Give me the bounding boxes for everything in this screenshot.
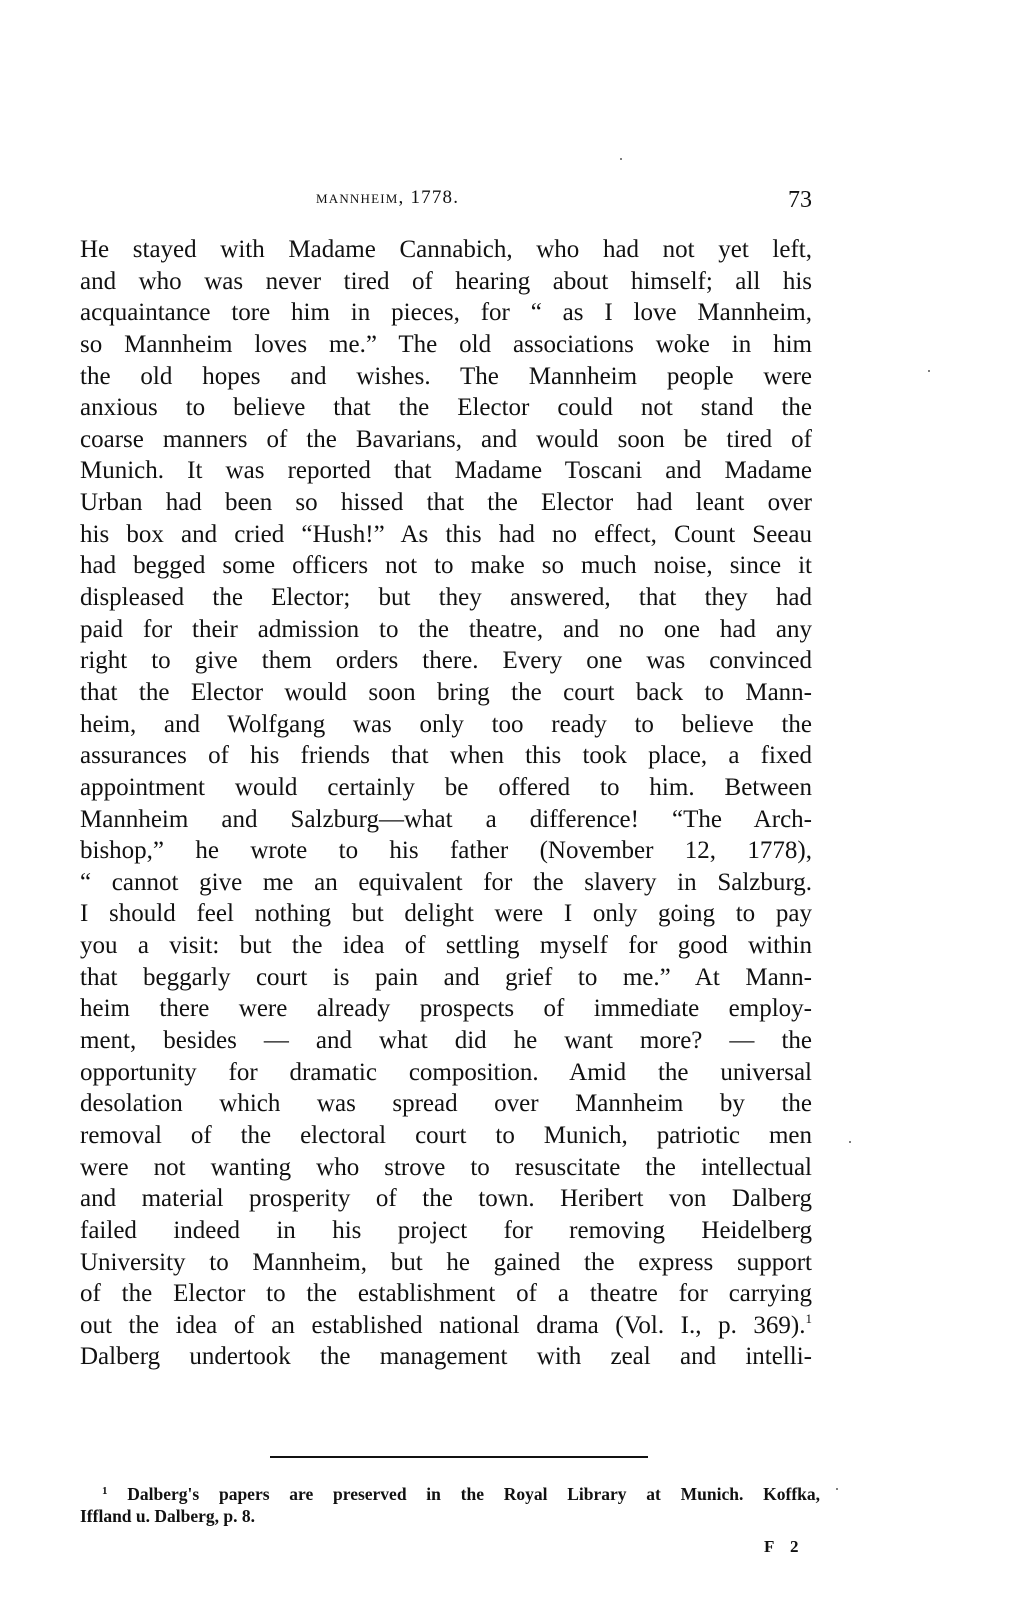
text-line: were not wanting who strove to resuscita… xyxy=(80,1152,812,1184)
text-line: and material prosperity of the town. Her… xyxy=(80,1183,812,1215)
text-line: you a visit: but the idea of settling my… xyxy=(80,930,812,962)
running-title: MANNHEIM, 1778. xyxy=(316,187,459,209)
text-line: ment, besides — and what did he want mor… xyxy=(80,1025,812,1057)
text-line: of the Elector to the establishment of a… xyxy=(80,1278,812,1310)
body-text: He stayed with Madame Cannabich, who had… xyxy=(80,234,812,1373)
page-number: 73 xyxy=(788,187,812,214)
footnotes: 1 Dalberg's papers are preserved in the … xyxy=(80,1483,820,1527)
text-line: paid for their admission to the theatre,… xyxy=(80,614,812,646)
footnote-line: 1 Dalberg's papers are preserved in the … xyxy=(80,1483,820,1505)
text-line: Munich. It was reported that Madame Tosc… xyxy=(80,455,812,487)
text-line: assurances of his friends that when this… xyxy=(80,740,812,772)
text-line: I should feel nothing but delight were I… xyxy=(80,898,812,930)
text-line: He stayed with Madame Cannabich, who had… xyxy=(80,234,812,266)
text-line: appointment would certainly be offered t… xyxy=(80,772,812,804)
text-line: Mannheim and Salzburg—what a difference!… xyxy=(80,804,812,836)
text-line: heim there were already prospects of imm… xyxy=(80,993,812,1025)
text-line: out the idea of an established national … xyxy=(80,1312,806,1339)
footnote-divider xyxy=(270,1456,648,1458)
text-line-with-footnote-ref: out the idea of an established national … xyxy=(80,1310,812,1342)
text-line: right to give them orders there. Every o… xyxy=(80,645,812,677)
running-head: MANNHEIM, 1778. 73 xyxy=(80,187,812,217)
text-line: University to Mannheim, but he gained th… xyxy=(80,1247,812,1279)
text-line: opportunity for dramatic composition. Am… xyxy=(80,1057,812,1089)
paper-speck xyxy=(928,370,930,372)
book-page: MANNHEIM, 1778. 73 He stayed with Madame… xyxy=(0,0,1034,1600)
footnote-reference[interactable]: 1 xyxy=(806,1311,813,1326)
text-line: “ cannot give me an equivalent for the s… xyxy=(80,867,812,899)
text-line: so Mannheim loves me.” The old associati… xyxy=(80,329,812,361)
text-line: coarse manners of the Bavarians, and wou… xyxy=(80,424,812,456)
text-line: bishop,” he wrote to his father (Novembe… xyxy=(80,835,812,867)
paper-speck xyxy=(620,158,622,160)
text-line: removal of the electoral court to Munich… xyxy=(80,1120,812,1152)
footnote-text: Dalberg's papers are preserved in the Ro… xyxy=(127,1484,820,1504)
text-line: desolation which was spread over Mannhei… xyxy=(80,1088,812,1120)
footnote-line: Iffland u. Dalberg, p. 8. xyxy=(80,1505,820,1527)
printer-signature-mark: F 2 xyxy=(764,1537,805,1557)
text-line: heim, and Wolfgang was only too ready to… xyxy=(80,709,812,741)
text-line: and who was never tired of hearing about… xyxy=(80,266,812,298)
text-line: his box and cried “Hush!” As this had no… xyxy=(80,519,812,551)
text-line: anxious to believe that the Elector coul… xyxy=(80,392,812,424)
text-line: that the Elector would soon bring the co… xyxy=(80,677,812,709)
paper-speck xyxy=(849,1141,851,1143)
text-line: acquaintance tore him in pieces, for “ a… xyxy=(80,297,812,329)
text-line: the old hopes and wishes. The Mannheim p… xyxy=(80,361,812,393)
text-line: had begged some officers not to make so … xyxy=(80,550,812,582)
text-line: failed indeed in his project for removin… xyxy=(80,1215,812,1247)
text-line: Dalberg undertook the management with ze… xyxy=(80,1341,812,1373)
footnote-marker: 1 xyxy=(102,1485,108,1497)
text-line: Urban had been so hissed that the Electo… xyxy=(80,487,812,519)
paper-speck xyxy=(836,1488,838,1490)
text-line: that beggarly court is pain and grief to… xyxy=(80,962,812,994)
text-line: displeased the Elector; but they answere… xyxy=(80,582,812,614)
